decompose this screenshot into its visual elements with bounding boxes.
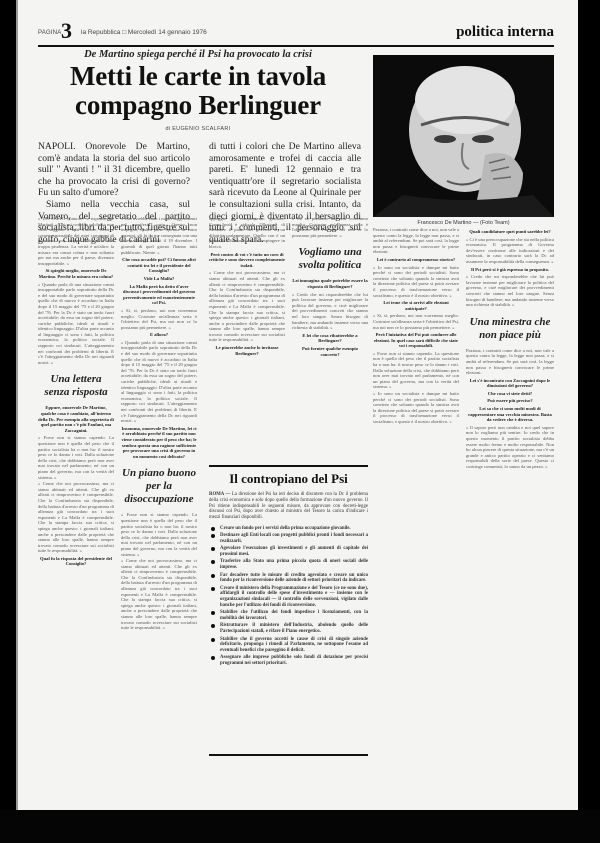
subhead-lettera: Una lettera senza risposta [38, 373, 114, 399]
photo-caption: Francesco De Martino — (Foto Team) [373, 220, 554, 226]
body-paragraph: « Quando parla di una situazione ormai i… [121, 340, 197, 424]
body-paragraph: « Sì, sì, perdono, noi non vorremmo megl… [121, 308, 197, 330]
interview-question: Può essere più preciso? [466, 398, 554, 404]
body-paragraph: « Credo che mi risponderebbe che lui può… [292, 292, 368, 331]
body-paragraph: « Come che noi provocassimo, ma ci siamo… [209, 270, 285, 343]
body-paragraph: Paziona, i contratti come dice a noi, no… [466, 348, 554, 376]
insert-rule-top [209, 465, 368, 467]
interview-question: Quali candidature quei punti sarebbe lei… [466, 229, 554, 235]
headline-line-1: Metti le carte in tavola [70, 61, 326, 91]
body-paragraph: appoggio di complemento gratuito. Come p… [209, 216, 285, 250]
body-paragraph: « Come che noi provocassimo, ma ci siamo… [121, 558, 197, 631]
body-paragraph: « Io sono un socialista e dunque mi batt… [373, 265, 459, 299]
interview-question: Che cosa accadde poi? Ci furono altri co… [121, 257, 197, 274]
subhead-minestra: Una minestra che non piace più [466, 316, 554, 342]
article-headline: Metti le carte in tavola compagno Berlin… [38, 62, 358, 120]
interview-question: La Malfa però ha detto d'aver discusso i… [121, 284, 197, 306]
interview-question: E lei che cosa ribatterebbe a Berlinguer… [292, 333, 368, 344]
measure-item: Trasferire alla Stato una prima piccola … [209, 559, 368, 571]
publication-info: la Repubblica □ Mercoledì 14 gennaio 197… [81, 29, 207, 36]
body-column-5: Paziona, i contratti come dice a noi, no… [373, 227, 459, 747]
interview-question: Il Pci però si è già espresso in proposi… [466, 267, 554, 273]
article-kicker: De Martino spiega perché il Psi ha provo… [38, 49, 358, 60]
interview-question: Insomma, onorevole De Martino, lei ci è … [121, 426, 197, 460]
body-paragraph: « Che avrebbe fatto i nostri suggeriment… [121, 216, 197, 255]
interview-question: Lei sa che ci sono molti modi di rappres… [466, 406, 554, 423]
body-paragraph: Paziona, i contratti come dice a noi, no… [373, 227, 459, 255]
body-paragraph: « Come che noi provocassimo, ma ci siamo… [38, 481, 114, 554]
lead-paragraph: NAPOLI. Onorevole De Martino, com'è anda… [38, 141, 190, 199]
interview-question: Però l'iniziativa del Psi può condurre a… [373, 332, 459, 349]
interview-question: Che cosa vi siete detti? [466, 391, 554, 397]
body-paragraph: « Credo che mi risponderebbe che lui può… [466, 274, 554, 308]
interview-question: Lei s'è incontrato con Zaccagnini dopo l… [466, 378, 554, 389]
insert-measures-list: Creare un fondo per i servizi della prim… [209, 526, 368, 669]
measure-item: Ristrutturare il ministero dell'Industri… [209, 623, 368, 635]
measure-item: Stabilire che l'utilizzo dei fondi imped… [209, 610, 368, 622]
insert-rule-bottom [209, 754, 368, 756]
body-paragraph: « Quando parla di una situazione ormai i… [38, 282, 114, 366]
body-paragraph: « Ci è una preoccupazione che sta nella … [466, 237, 554, 265]
insert-title: Il contropiano del Psi [209, 471, 368, 487]
subhead-piano: Un piano buono per la disoccupazione [121, 467, 197, 506]
interview-question: Si spieghi meglio, onorevole De Martino.… [38, 268, 114, 279]
pagina-label: PAGINA [38, 30, 61, 36]
interview-question: E allora? [121, 332, 197, 338]
body-paragraph: « Sì, sì, perdono, noi non vorremmo megl… [373, 313, 459, 330]
body-paragraph: « Forse non si stanno capendo. La questi… [373, 351, 459, 390]
body-paragraph: « Forse non si stanno capendo. La questi… [38, 435, 114, 480]
scan-border-right [578, 0, 600, 843]
body-column-2: « Che avrebbe fatto i nostri suggeriment… [121, 216, 197, 746]
interview-question: Lei teme che si arrivi alle elezioni ant… [373, 300, 459, 311]
interview-question: Lei immagina quale potrebbe essere la ri… [292, 278, 368, 289]
subhead-vogliamo: Vogliamo una svolta politica [292, 246, 368, 272]
interview-question: Però contro di voi c'è tutto un coro di … [209, 252, 285, 269]
interview-question: Eppure, onorevole De Martino, qualche co… [38, 405, 114, 433]
byline: di EUGENIO SCALFARI [38, 126, 358, 132]
measure-item: Far decadere tutte le misure di credito … [209, 573, 368, 585]
body-paragraph: « Il sapore però non cambia e noi quel s… [466, 425, 554, 470]
insert-dateline: ROMA — [209, 492, 230, 497]
portrait-photo [373, 55, 554, 217]
measure-item: Assegnare alle imprese pubbliche solo fo… [209, 655, 368, 667]
interview-question: Qual fu la risposta del presidente del C… [38, 556, 114, 567]
interview-question: Può fornire qualche esempio concreto? [292, 346, 368, 357]
page-number: 3 [61, 20, 72, 42]
measure-item: Destinare agli Enti locali con progetti … [209, 533, 368, 545]
measure-item: Stabilire che il governo accetti le caus… [209, 637, 368, 654]
body-paragraph: « UN SALTO d'umore? » risponde De Martin… [38, 216, 114, 266]
body-column-4: « Sì, sì, perdono, noi non vorremmo megl… [292, 216, 368, 462]
masthead: PAGINA 3 la Repubblica □ Mercoledì 14 ge… [38, 22, 554, 44]
insert-intro: ROMA — La direzione del Psi ha ieri deci… [209, 492, 368, 521]
interview-question: Vide La Malfa? [121, 276, 197, 282]
body-column-1: « UN SALTO d'umore? » risponde De Martin… [38, 216, 114, 746]
body-column-3: appoggio di complemento gratuito. Come p… [209, 216, 285, 462]
portrait-image [373, 55, 554, 217]
scan-border-bottom [0, 810, 600, 843]
measure-item: Agevolare l'esecuzione gli investimenti … [209, 546, 368, 558]
interview-question: Lei è contrario al compromesso storico? [373, 257, 459, 263]
masthead-rule [38, 45, 554, 47]
insert-intro-text: La direzione del Psi ha ieri deciso di d… [209, 492, 368, 520]
measure-item: Creare il ministero della Programmazione… [209, 586, 368, 609]
body-paragraph: « Forse non si stanno capendo. La questi… [121, 512, 197, 557]
body-paragraph: « Io sono un socialista e dunque mi batt… [373, 391, 459, 425]
body-paragraph: « Sì, sì, perdono, noi non vorremmo megl… [292, 216, 368, 238]
headline-line-2: compagno Berlinguer [75, 90, 321, 120]
body-column-6: Quali candidature quei punti sarebbe lei… [466, 227, 554, 747]
interview-question: Le piacerebbe anche lo invitasse Berling… [209, 345, 285, 356]
measure-item: Creare un fondo per i servizi della prim… [209, 526, 368, 532]
section-title: politica interna [456, 24, 554, 41]
